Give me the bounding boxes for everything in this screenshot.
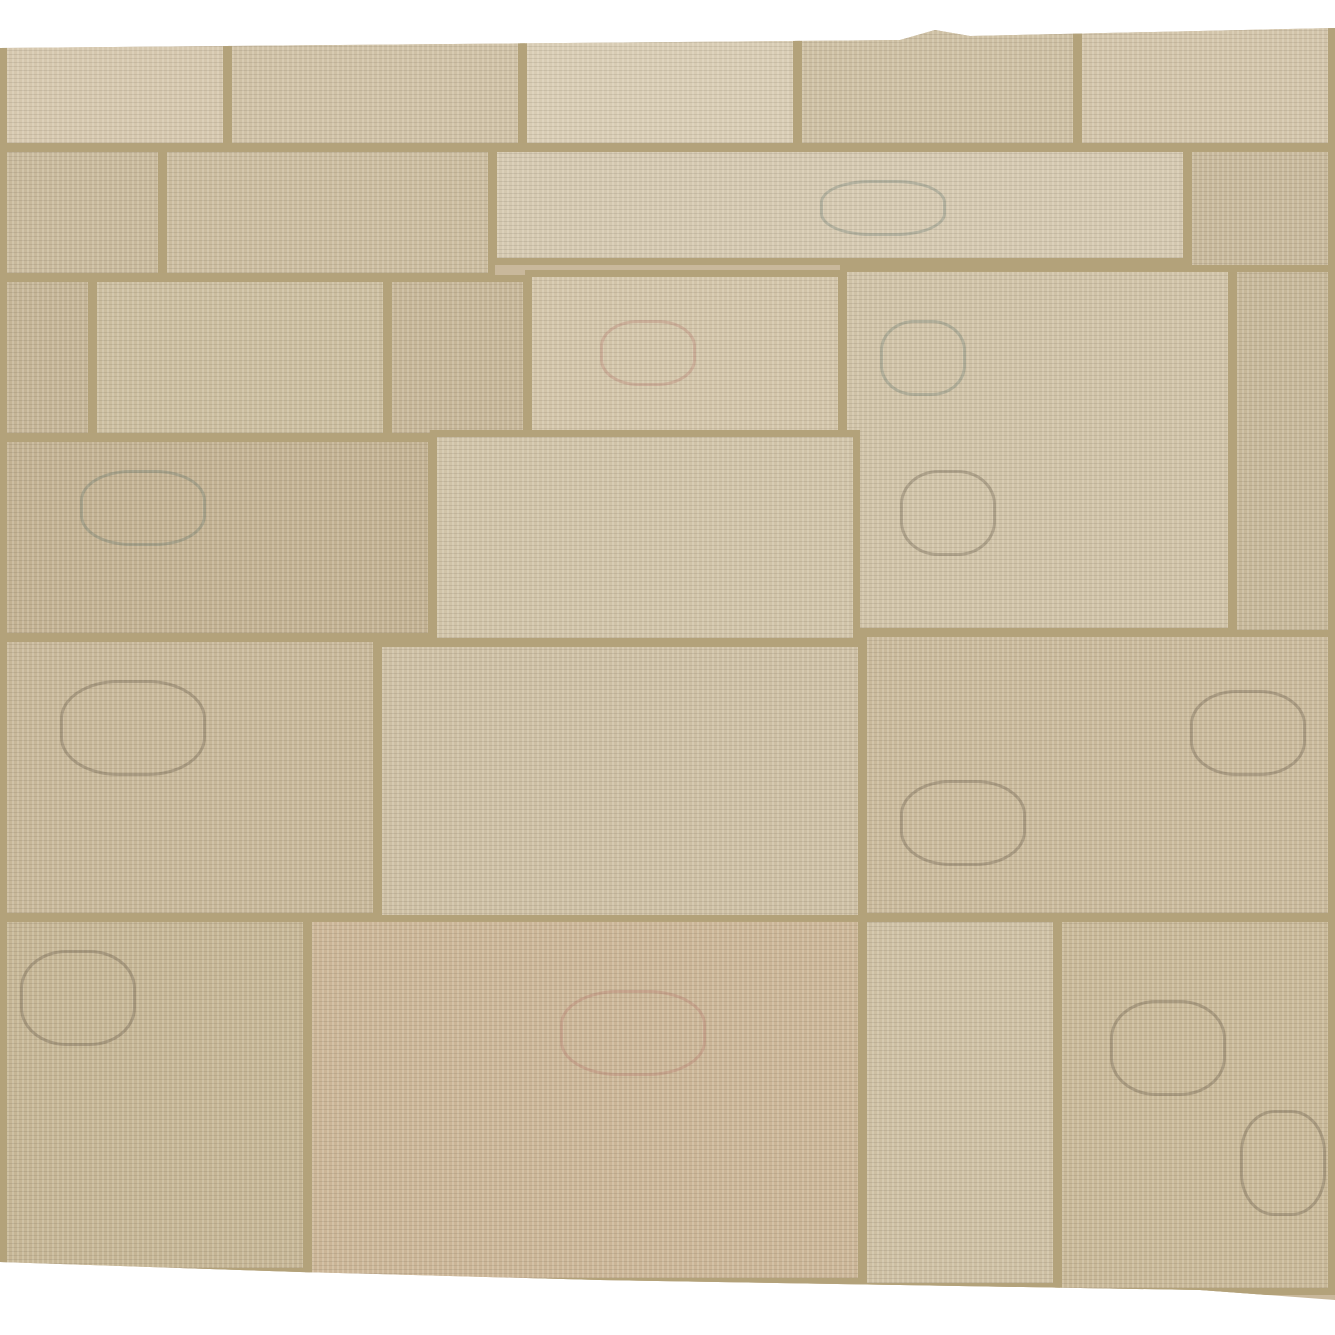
rug-patch — [0, 435, 435, 640]
faded-motif — [600, 320, 696, 386]
faded-motif — [560, 990, 706, 1076]
rug-patch — [0, 20, 230, 150]
faded-motif — [900, 780, 1026, 866]
rug-patch — [1230, 265, 1335, 645]
faded-motif — [80, 470, 206, 546]
rug-patch — [385, 275, 530, 440]
rug-patch — [375, 640, 865, 925]
faded-motif — [20, 950, 136, 1046]
rug-patch — [0, 275, 95, 440]
faded-motif — [820, 180, 946, 236]
rug-patch — [0, 635, 380, 920]
rug-patch — [795, 20, 1080, 150]
faded-motif — [1190, 690, 1306, 776]
rug-patch — [90, 275, 390, 440]
faded-motif — [1110, 1000, 1226, 1096]
rug-patch — [1055, 915, 1335, 1295]
faded-motif — [1240, 1110, 1326, 1216]
rug-patch — [305, 915, 865, 1285]
rug-patch — [0, 145, 165, 280]
faded-motif — [60, 680, 206, 776]
rug-patch — [840, 265, 1235, 635]
rug-patch — [430, 430, 860, 645]
rug-patch — [1075, 20, 1335, 150]
rug-patch — [860, 915, 1060, 1290]
rug-patch — [1185, 145, 1335, 275]
patchwork-rug — [0, 0, 1335, 1335]
faded-motif — [880, 320, 966, 396]
rug-patch — [225, 20, 525, 150]
rug-patch — [160, 145, 495, 280]
rug-patch — [520, 20, 800, 150]
faded-motif — [900, 470, 996, 556]
